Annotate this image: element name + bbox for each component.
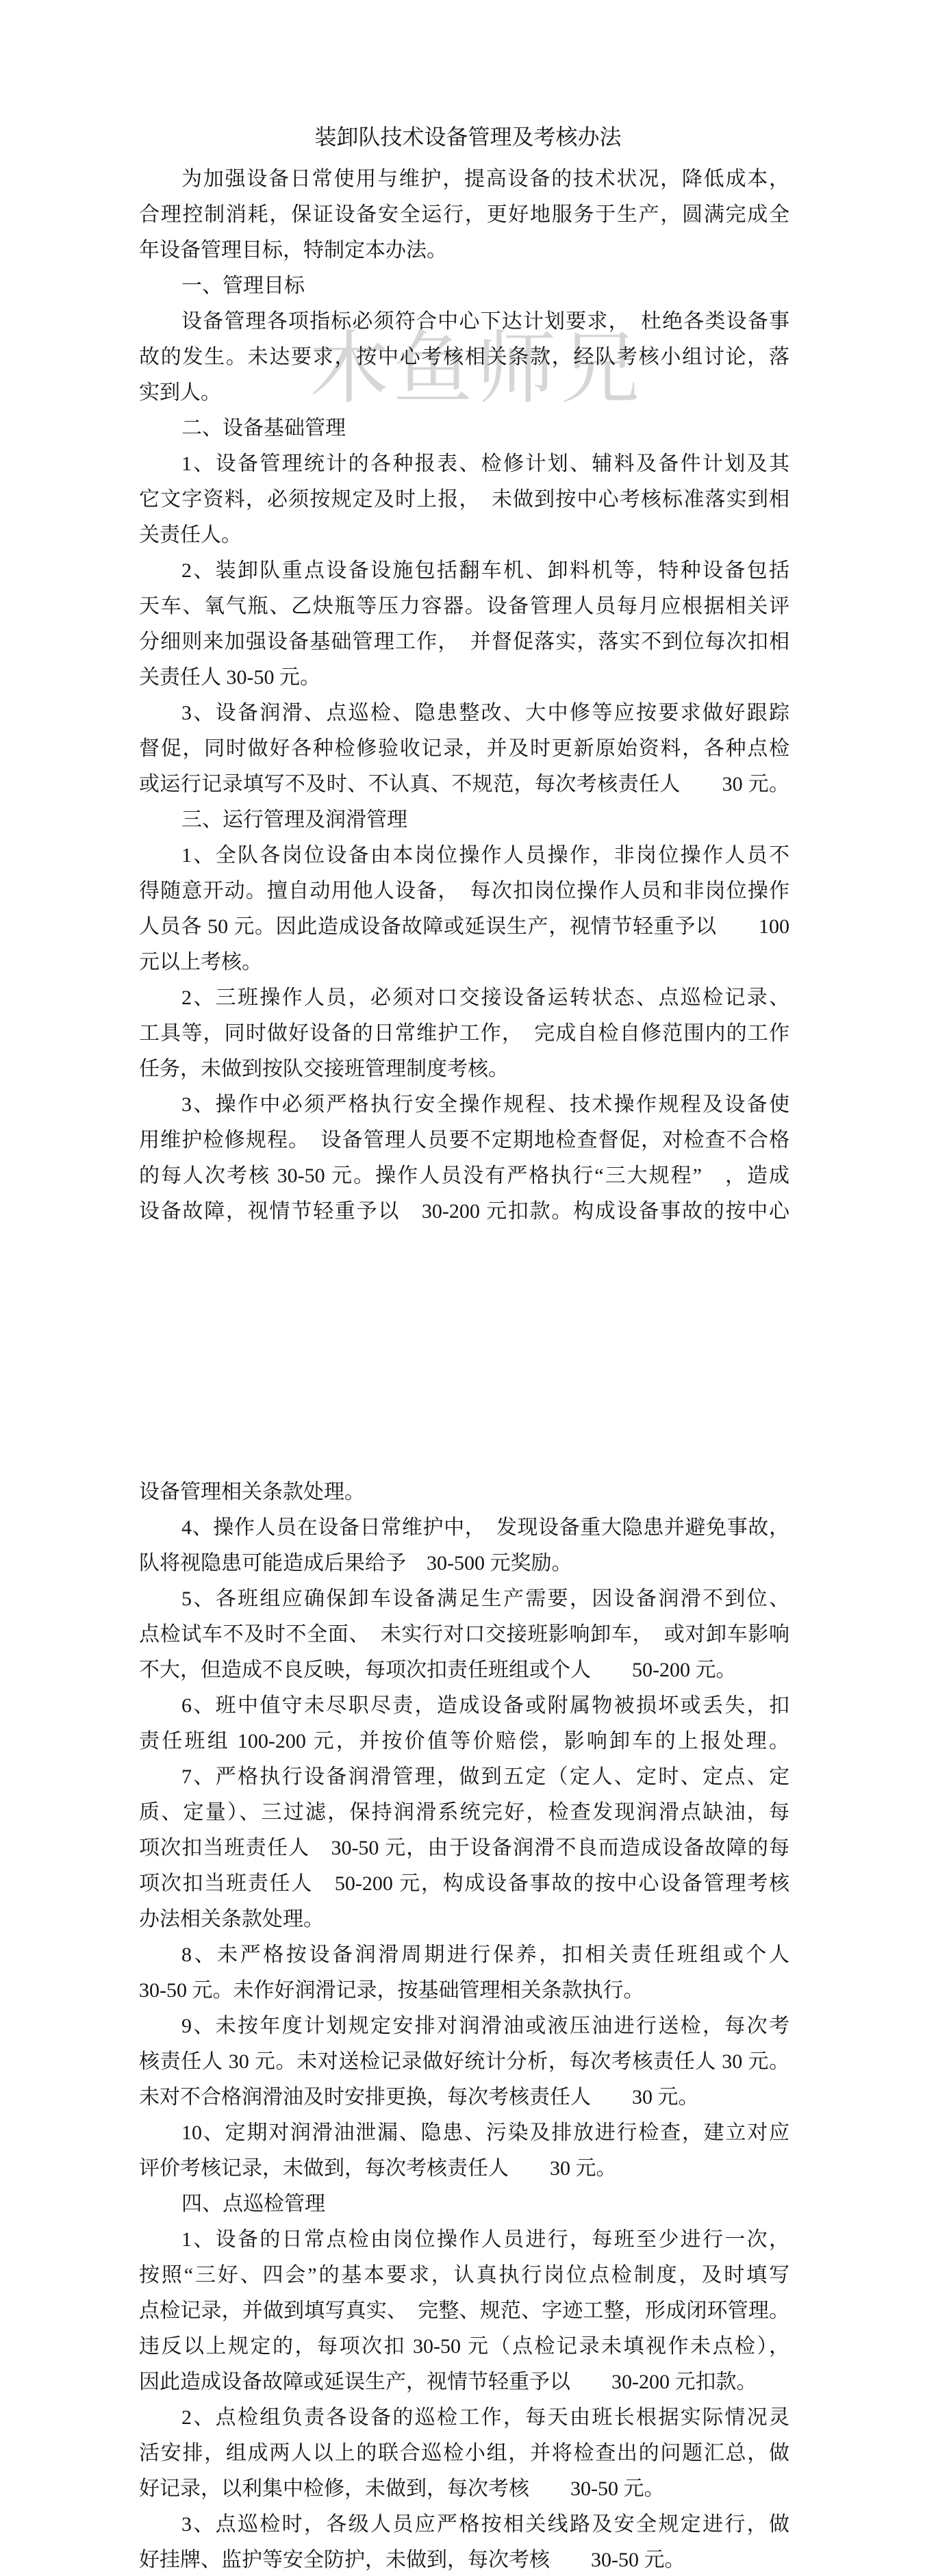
text-line: 责任班组 100-200 元，并按价值等价赔偿，影响卸车的上报处理。 bbox=[139, 1724, 789, 1759]
text-line: 天车、氧气瓶、乙炔瓶等压力容器。设备管理人员每月应根据相关评 bbox=[139, 589, 789, 624]
text-line: 关责任人 30-50 元。 bbox=[139, 660, 789, 696]
text-line: 30-50 元。未作好润滑记录，按基础管理相关条款执行。 bbox=[139, 1973, 789, 2008]
text-line: 元以上考核。 bbox=[139, 945, 789, 980]
document-title: 装卸队技术设备管理及考核办法 bbox=[0, 119, 936, 155]
text-line: 3、设备润滑、点巡检、隐患整改、大中修等应按要求做好跟踪 bbox=[139, 696, 789, 731]
text-line: 因此造成设备故障或延误生产，视情节轻重予以 30-200 元扣款。 bbox=[139, 2364, 789, 2400]
text-line: 设备故障，视情节轻重予以 30-200 元扣款。构成设备事故的按中心 bbox=[139, 1194, 789, 1229]
text-line: 好记录，以利集中检修，未做到，每次考核 30-50 元。 bbox=[139, 2471, 789, 2507]
text-line: 或运行记录填写不及时、不认真、不规范，每次考核责任人 30 元。 bbox=[139, 767, 789, 802]
text-line: 督促，同时做好各种检修验收记录，并及时更新原始资料，各种点检 bbox=[139, 731, 789, 767]
text-line: 得随意开动。擅自动用他人设备， 每次扣岗位操作人员和非岗位操作 bbox=[139, 873, 789, 909]
text-line: 用维护检修规程。 设备管理人员要不定期地检查督促，对检查不合格 bbox=[139, 1123, 789, 1158]
text-line: 四、点巡检管理 bbox=[139, 2186, 789, 2222]
text-line: 二、设备基础管理 bbox=[139, 411, 789, 446]
text-line: 3、操作中必须严格执行安全操作规程、技术操作规程及设备使 bbox=[139, 1087, 789, 1123]
page-1-text-block: 为加强设备日常使用与维护，提高设备的技术状况，降低成本，合理控制消耗，保证设备安… bbox=[139, 162, 789, 1229]
text-line: 1、全队各岗位设备由本岗位操作人员操作，非岗位操作人员不 bbox=[139, 838, 789, 873]
text-line: 它文字资料，必须按规定及时上报， 未做到按中心考核标准落实到相 bbox=[139, 482, 789, 518]
text-line: 9、未按年度计划规定安排对润滑油或液压油进行送检，每次考 bbox=[139, 2008, 789, 2044]
text-line: 一、管理目标 bbox=[139, 268, 789, 304]
text-line: 2、装卸队重点设备设施包括翻车机、卸料机等，特种设备包括 bbox=[139, 553, 789, 589]
text-line: 核责任人 30 元。未对送检记录做好统计分析，每次考核责任人 30 元。 bbox=[139, 2044, 789, 2080]
text-line: 8、未严格按设备润滑周期进行保养，扣相关责任班组或个人 bbox=[139, 1937, 789, 1973]
text-line: 的每人次考核 30-50 元。操作人员没有严格执行“三大规程” ，造成 bbox=[139, 1158, 789, 1194]
text-line: 项次扣当班责任人 30-50 元，由于设备润滑不良而造成设备故障的每 bbox=[139, 1831, 789, 1866]
text-line: 6、班中值守未尽职尽责，造成设备或附属物被损坏或丢失，扣 bbox=[139, 1688, 789, 1724]
text-line: 关责任人。 bbox=[139, 518, 789, 553]
text-line: 三、运行管理及润滑管理 bbox=[139, 802, 789, 838]
document-canvas: 木鱼师兄 装卸队技术设备管理及考核办法 为加强设备日常使用与维护，提高设备的技术… bbox=[0, 0, 936, 2576]
text-line: 分细则来加强设备基础管理工作， 并督促落实，落实不到位每次扣相 bbox=[139, 624, 789, 660]
text-line: 好挂牌、监护等安全防护，未做到，每次考核 30-50 元。 bbox=[139, 2542, 789, 2576]
text-line: 工具等，同时做好设备的日常维护工作， 完成自检自修范围内的工作 bbox=[139, 1016, 789, 1051]
text-line: 2、三班操作人员，必须对口交接设备运转状态、点巡检记录、 bbox=[139, 980, 789, 1016]
text-line: 合理控制消耗，保证设备安全运行，更好地服务于生产，圆满完成全 bbox=[139, 197, 789, 233]
text-line: 1、设备管理统计的各种报表、检修计划、辅料及备件计划及其 bbox=[139, 446, 789, 482]
text-line: 设备管理相关条款处理。 bbox=[139, 1475, 789, 1510]
text-line: 违反以上规定的，每项次扣 30-50 元（点检记录未填视作未点检）， bbox=[139, 2329, 789, 2364]
text-line: 设备管理各项指标必须符合中心下达计划要求， 杜绝各类设备事 bbox=[139, 304, 789, 340]
text-line: 质、定量）、三过滤，保持润滑系统完好，检查发现润滑点缺油，每 bbox=[139, 1795, 789, 1831]
text-line: 3、点巡检时，各级人员应严格按相关线路及安全规定进行，做 bbox=[139, 2507, 789, 2542]
text-line: 点检记录，并做到填写真实、 完整、规范、字迹工整，形成闭环管理。 bbox=[139, 2293, 789, 2329]
text-line: 5、各班组应确保卸车设备满足生产需要，因设备润滑不到位、 bbox=[139, 1581, 789, 1617]
text-line: 实到人。 bbox=[139, 375, 789, 411]
text-line: 不大，但造成不良反映，每项次扣责任班组或个人 50-200 元。 bbox=[139, 1653, 789, 1688]
text-line: 为加强设备日常使用与维护，提高设备的技术状况，降低成本， bbox=[139, 162, 789, 197]
text-line: 评价考核记录，未做到，每次考核责任人 30 元。 bbox=[139, 2151, 789, 2186]
text-line: 活安排，组成两人以上的联合巡检小组，并将检查出的问题汇总，做 bbox=[139, 2436, 789, 2471]
text-line: 2、点检组负责各设备的巡检工作，每天由班长根据实际情况灵 bbox=[139, 2400, 789, 2436]
text-line: 按照“三好、四会”的基本要求，认真执行岗位点检制度，及时填写 bbox=[139, 2258, 789, 2293]
text-line: 人员各 50 元。因此造成设备故障或延误生产，视情节轻重予以 100 bbox=[139, 909, 789, 945]
page-2-text-block: 设备管理相关条款处理。4、操作人员在设备日常维护中， 发现设备重大隐患并避免事故… bbox=[139, 1475, 789, 2576]
text-line: 4、操作人员在设备日常维护中， 发现设备重大隐患并避免事故， bbox=[139, 1510, 789, 1546]
text-line: 项次扣当班责任人 50-200 元，构成设备事故的按中心设备管理考核 bbox=[139, 1866, 789, 1902]
text-line: 7、严格执行设备润滑管理，做到五定（定人、定时、定点、定 bbox=[139, 1759, 789, 1795]
text-line: 年设备管理目标，特制定本办法。 bbox=[139, 233, 789, 268]
text-line: 点检试车不及时不全面、 未实行对口交接班影响卸车， 或对卸车影响 bbox=[139, 1617, 789, 1653]
text-line: 任务，未做到按队交接班管理制度考核。 bbox=[139, 1051, 789, 1087]
text-line: 未对不合格润滑油及时安排更换，每次考核责任人 30 元。 bbox=[139, 2080, 789, 2115]
text-line: 办法相关条款处理。 bbox=[139, 1902, 789, 1937]
text-line: 队将视隐患可能造成后果给予 30-500 元奖励。 bbox=[139, 1546, 789, 1581]
text-line: 1、设备的日常点检由岗位操作人员进行，每班至少进行一次， bbox=[139, 2222, 789, 2258]
text-line: 10、定期对润滑油泄漏、隐患、污染及排放进行检查，建立对应 bbox=[139, 2115, 789, 2151]
text-line: 故的发生。未达要求，按中心考核相关条款，经队考核小组讨论，落 bbox=[139, 340, 789, 375]
